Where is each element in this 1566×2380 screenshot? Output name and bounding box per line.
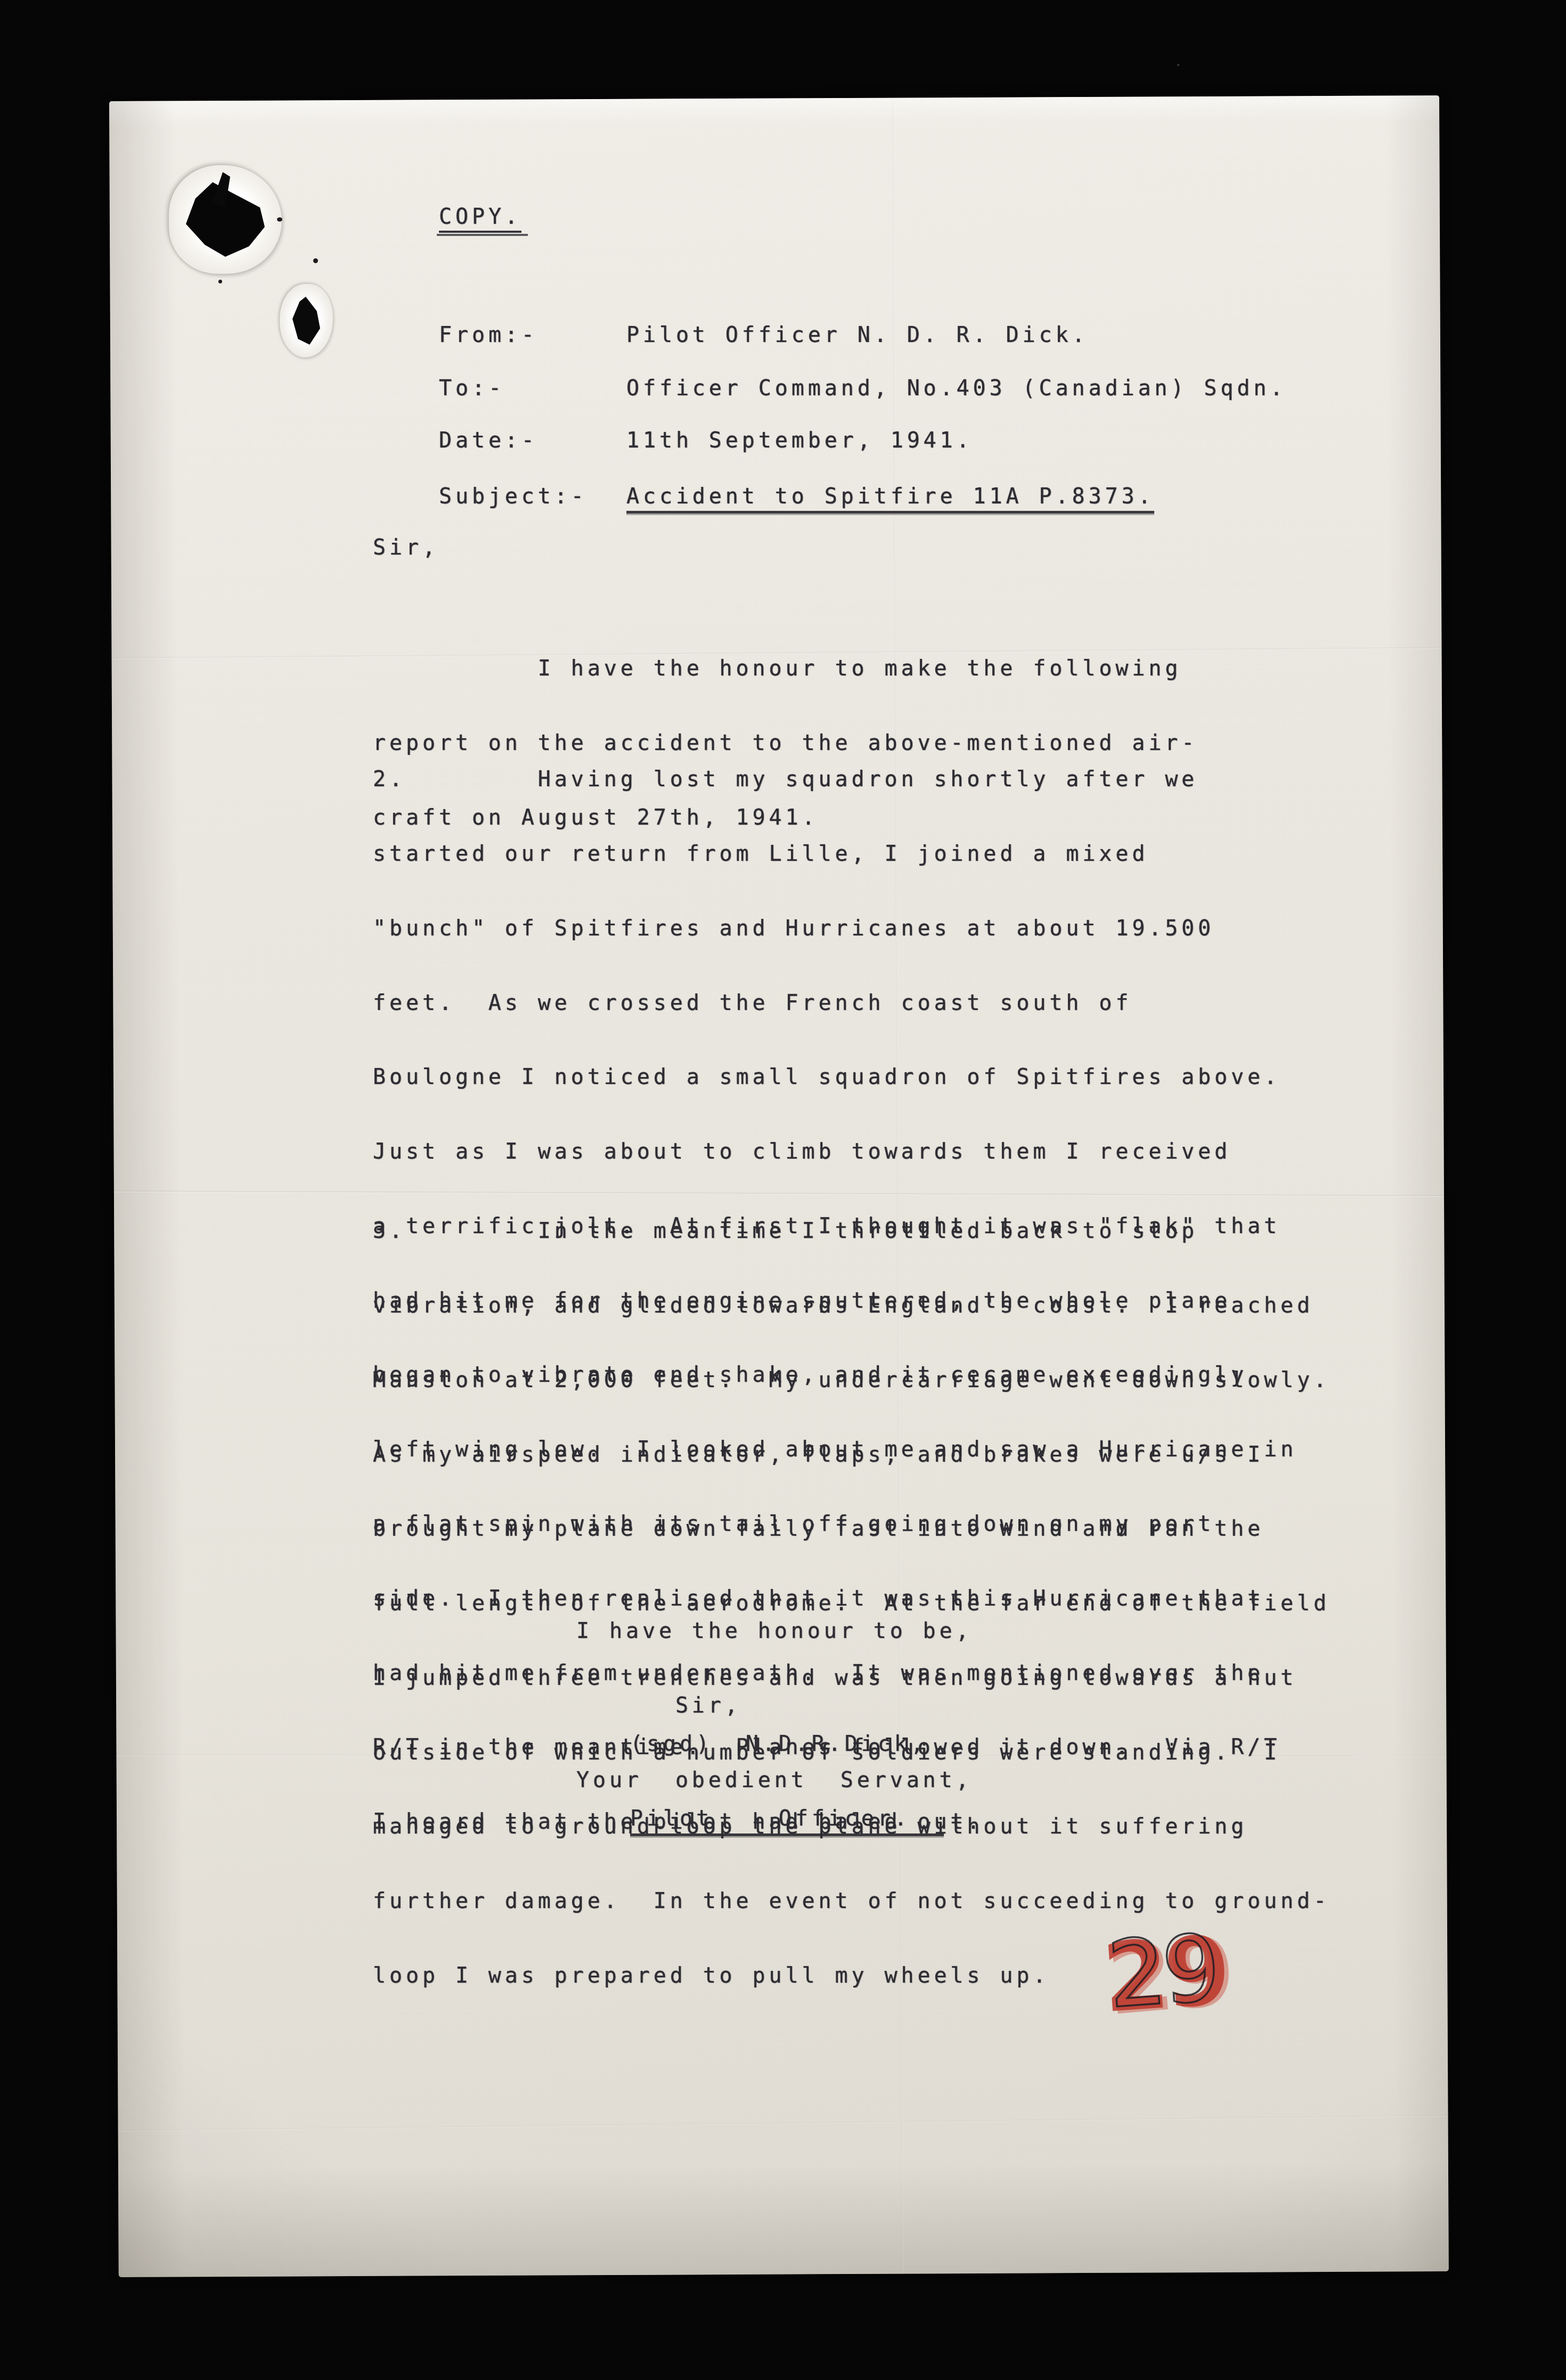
para2-line: Just as I was about to climb towards the… xyxy=(373,1139,1297,1164)
handwritten-page-number: 29 29 29 xyxy=(1087,1886,1246,2056)
para2-line: feet. As we crossed the French coast sou… xyxy=(373,991,1297,1016)
hole-opening xyxy=(292,297,320,345)
signature-rank: Pilot Officer. xyxy=(630,1806,944,1836)
punch-hole-tear xyxy=(183,179,268,260)
para2-line: "bunch" of Spitfires and Hurricanes at a… xyxy=(373,916,1297,941)
para2-line: 2. Having lost my squadron shortly after… xyxy=(373,767,1297,792)
page-number-ink-overlay: 29 xyxy=(1104,1914,1219,2029)
para3-line: As my airspeed indicator, flaps, and bra… xyxy=(373,1442,1330,1468)
dust-speck xyxy=(1177,64,1179,66)
to-value: Officer Command, No.403 (Canadian) Sqdn. xyxy=(626,376,1286,401)
subject-value: Accident to Spitfire 11A P.8373. xyxy=(626,484,1154,514)
para2-line: Boulogne I noticed a small squadron of S… xyxy=(373,1065,1297,1090)
signature-block: (sgd) N.D.R.Dick, Pilot Officer. xyxy=(630,1682,944,1886)
paper-speck xyxy=(277,217,282,222)
para1-line: I have the honour to make the following xyxy=(373,656,1198,681)
from-value: Pilot Officer N. D. R. Dick. xyxy=(626,323,1089,347)
date-label: Date:- xyxy=(439,428,626,453)
scanned-letter-photo: COPY. From:-Pilot Officer N. D. R. Dick.… xyxy=(0,0,1566,2380)
small-tear xyxy=(290,295,322,347)
fold-crease xyxy=(118,2115,1448,2131)
subject-label: Subject:- xyxy=(439,484,626,509)
header-row-subject: Subject:-Accident to Spitfire 11A P.8373… xyxy=(373,459,1154,539)
para3-line: Manston at 2,000 feet. My undercarriage … xyxy=(373,1368,1330,1393)
para3-line: vibration, and glided towards England's … xyxy=(373,1293,1330,1318)
from-label: From:- xyxy=(439,323,626,348)
para3-line: brought my plane down faily fast into wi… xyxy=(373,1517,1330,1542)
salutation: Sir, xyxy=(373,535,439,560)
date-value: 11th September, 1941. xyxy=(626,428,973,453)
paper-speck xyxy=(313,258,318,263)
para2-line: started our return from Lille, I joined … xyxy=(373,842,1297,867)
to-label: To:- xyxy=(439,376,626,401)
copy-heading: COPY. xyxy=(373,180,521,258)
signature-name: (sgd) N.D.R.Dick, xyxy=(630,1732,944,1757)
copy-label: COPY. xyxy=(439,205,521,233)
paper-speck xyxy=(218,280,222,283)
para3-line: 3. In the meantime I throttled back to s… xyxy=(373,1219,1330,1244)
closing-line: I have the honour to be, xyxy=(576,1619,973,1644)
